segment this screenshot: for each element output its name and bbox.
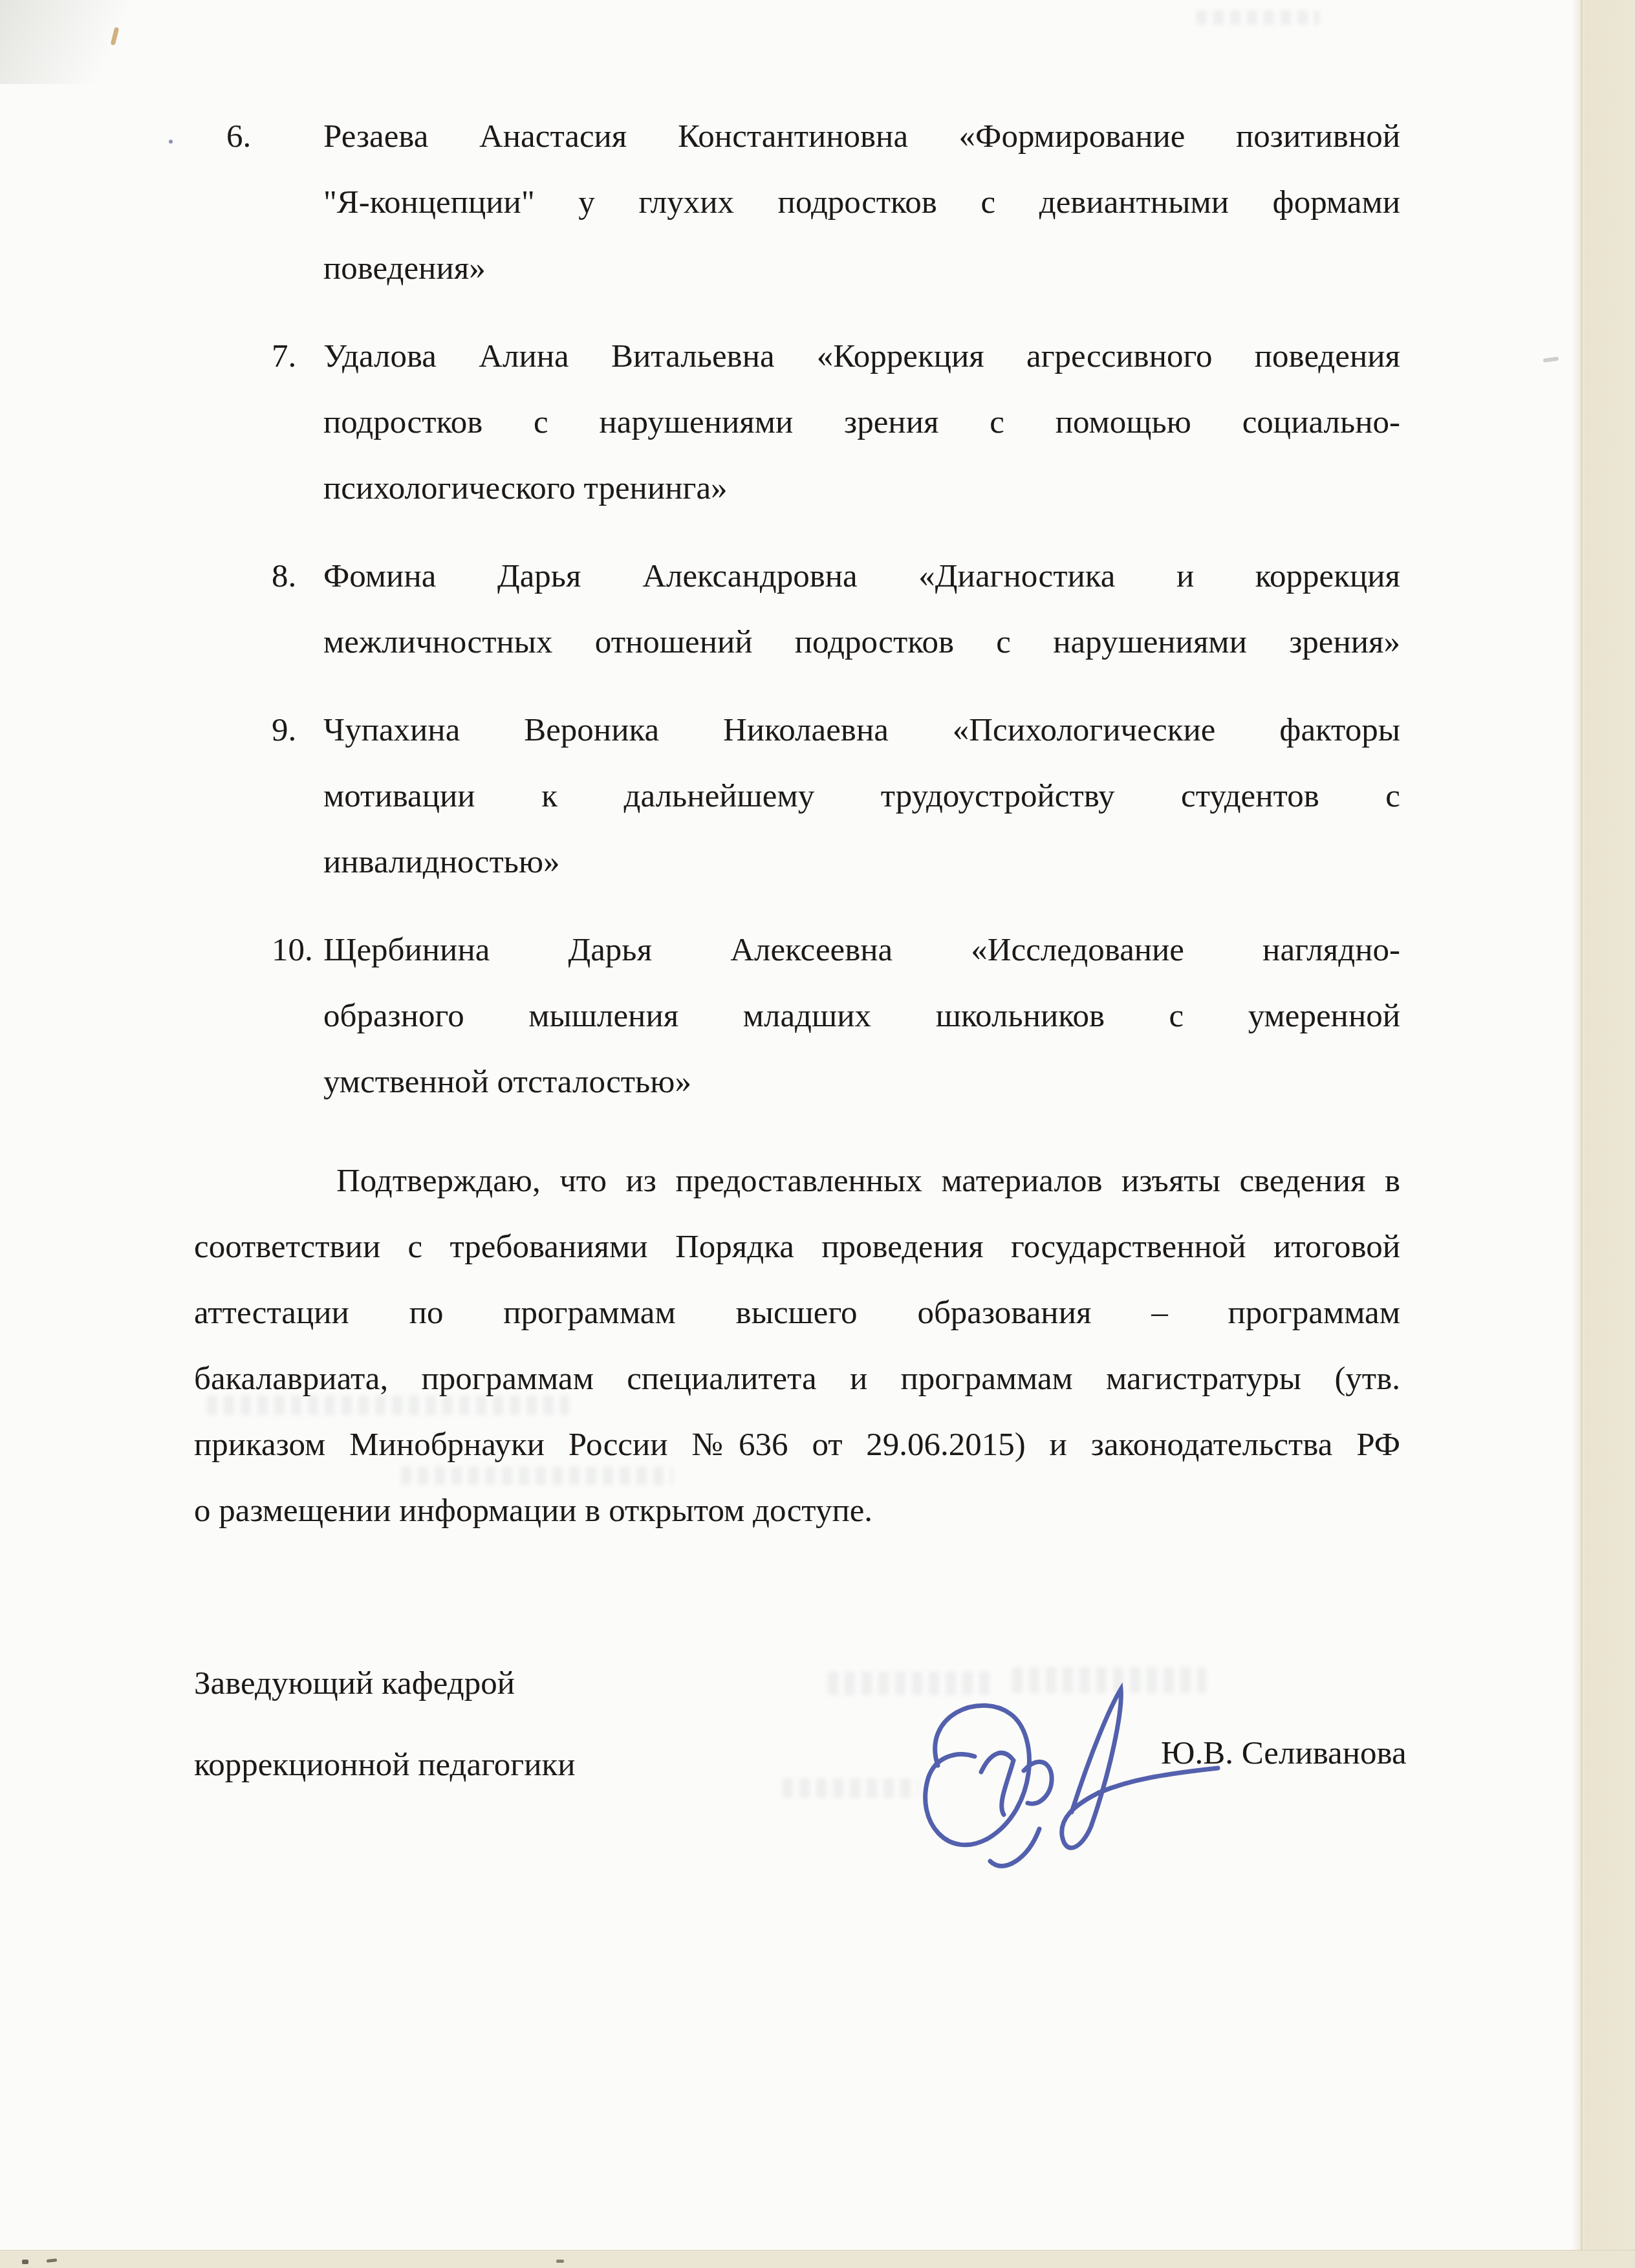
list-item-number: 9. bbox=[226, 697, 323, 895]
text-line: Удалова Алина Витальевна «Коррекция агре… bbox=[323, 323, 1400, 389]
text-line: мотивации к дальнейшему трудоустройству … bbox=[323, 763, 1400, 829]
text-line: Резаева Анастасия Константиновна «Формир… bbox=[323, 103, 1400, 169]
signer-role-line: коррекционной педагогики bbox=[194, 1724, 776, 1806]
paper-speck bbox=[169, 140, 173, 144]
list-item-text: Чупахина Вероника Николаевна «Психологич… bbox=[323, 697, 1400, 895]
text-line: межличностных отношений подростков с нар… bbox=[323, 609, 1400, 675]
confirmation-paragraph: Подтверждаю, что из предоставленных мате… bbox=[194, 1148, 1400, 1544]
list-item-text: Фомина Дарья Александровна «Диагностика … bbox=[323, 543, 1400, 675]
signer-role-line: Заведующий кафедрой bbox=[194, 1643, 776, 1724]
scan-edge-bottom bbox=[0, 2250, 1635, 2268]
signer-role: Заведующий кафедрой коррекционной педаго… bbox=[194, 1643, 776, 1806]
text-line: соответствии с требованиями Порядка пров… bbox=[194, 1214, 1400, 1280]
text-line: образного мышления младших школьников с … bbox=[323, 983, 1400, 1049]
list-item-number: 10. bbox=[226, 917, 323, 1115]
bleedthrough-ghost bbox=[1196, 10, 1319, 25]
list-item: 7. Удалова Алина Витальевна «Коррекция а… bbox=[226, 323, 1400, 521]
list-item-text: Щербинина Дарья Алексеевна «Исследование… bbox=[323, 917, 1400, 1115]
text-line: Щербинина Дарья Алексеевна «Исследование… bbox=[323, 917, 1400, 983]
text-line: Фомина Дарья Александровна «Диагностика … bbox=[323, 543, 1400, 609]
text-line: бакалавриата, программам специалитета и … bbox=[194, 1346, 1400, 1412]
list-item: 9. Чупахина Вероника Николаевна «Психоло… bbox=[226, 697, 1400, 895]
scan-corner-shadow bbox=[0, 0, 207, 84]
list-item-number: 8. bbox=[226, 543, 323, 675]
text-line: подростков с нарушениями зрения с помощь… bbox=[323, 389, 1400, 455]
text-line: приказом Минобрнауки России №636 от 29.0… bbox=[194, 1412, 1400, 1478]
scan-edge-right bbox=[1572, 0, 1635, 2268]
list-item: 8. Фомина Дарья Александровна «Диагности… bbox=[226, 543, 1400, 675]
paper-speck bbox=[1543, 356, 1559, 362]
text-line: о размещении информации в открытом досту… bbox=[194, 1478, 1400, 1544]
list-item: 10. Щербинина Дарья Алексеевна «Исследов… bbox=[226, 917, 1400, 1115]
thesis-list: 6. Резаева Анастасия Константиновна «Фор… bbox=[226, 103, 1400, 1137]
list-item-number: 6. bbox=[226, 103, 323, 301]
list-item: 6. Резаева Анастасия Константиновна «Фор… bbox=[226, 103, 1400, 301]
text-line: "Я-концепции" у глухих подростков с деви… bbox=[323, 169, 1400, 235]
text-line: Подтверждаю, что из предоставленных мате… bbox=[194, 1148, 1400, 1214]
paper-speck bbox=[111, 27, 120, 46]
scanned-document-page: 6. Резаева Анастасия Константиновна «Фор… bbox=[0, 0, 1635, 2268]
list-item-text: Резаева Анастасия Константиновна «Формир… bbox=[323, 103, 1400, 301]
list-item-text: Удалова Алина Витальевна «Коррекция агре… bbox=[323, 323, 1400, 521]
list-item-number: 7. bbox=[226, 323, 323, 521]
text-line: поведения» bbox=[323, 235, 1400, 301]
signer-name: Ю.В. Селиванова bbox=[1161, 1720, 1407, 1786]
text-line: инвалидностью» bbox=[323, 829, 1400, 895]
text-line: психологического тренинга» bbox=[323, 455, 1400, 521]
paper-speck bbox=[22, 2260, 28, 2264]
text-line: аттестации по программам высшего образов… bbox=[194, 1280, 1400, 1346]
text-line: Чупахина Вероника Николаевна «Психологич… bbox=[323, 697, 1400, 763]
text-line: умственной отсталостью» bbox=[323, 1049, 1400, 1115]
paper-speck bbox=[556, 2260, 564, 2263]
